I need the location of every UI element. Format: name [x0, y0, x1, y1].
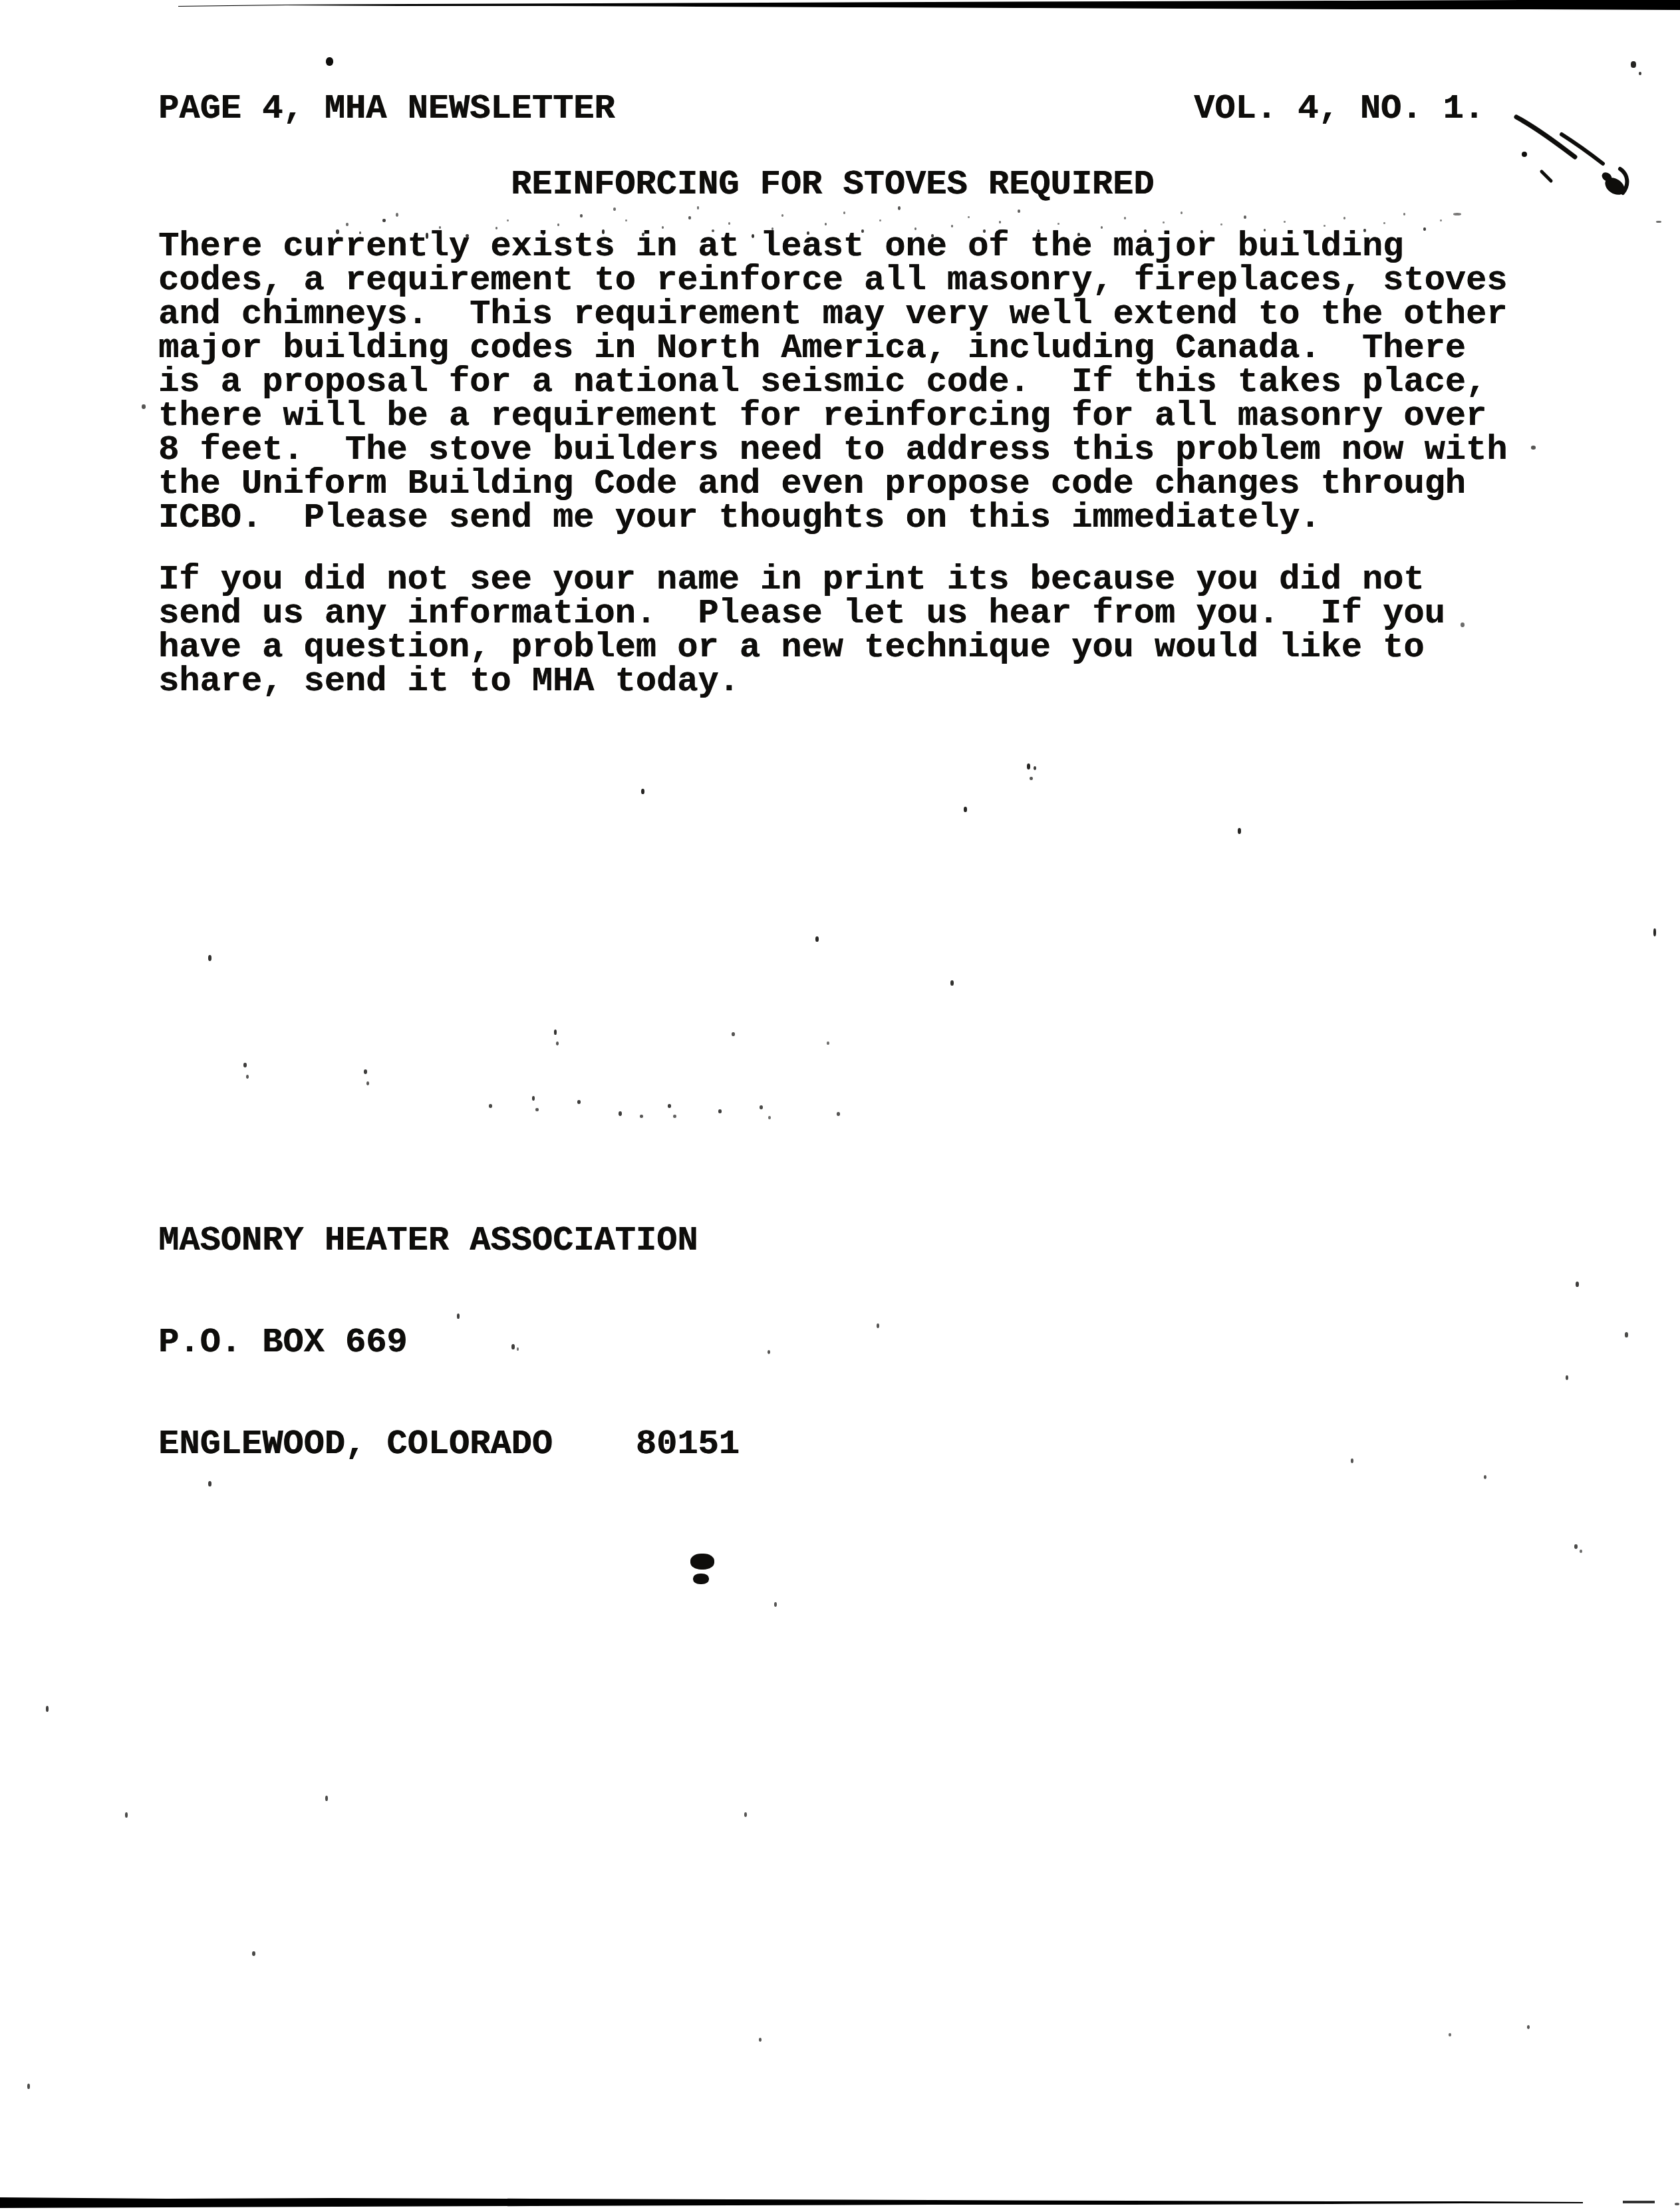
ink-speck	[879, 219, 881, 221]
ink-speck	[439, 226, 441, 229]
ink-speck	[1631, 61, 1636, 68]
ink-speck	[1527, 2025, 1530, 2029]
ink-speck	[843, 211, 845, 214]
ink-speck	[542, 231, 545, 235]
ink-speck	[1403, 213, 1405, 215]
ink-speck	[243, 1063, 247, 1067]
ink-speck	[1453, 213, 1461, 215]
ink-speck	[827, 1041, 829, 1045]
address-po-box: P.O. BOX 669	[158, 1325, 740, 1359]
ink-speck	[535, 1108, 539, 1111]
ink-speck	[359, 231, 361, 234]
ink-speck	[1423, 227, 1426, 231]
ink-speck	[1656, 221, 1661, 223]
address-city: ENGLEWOOD, COLORADO 80151	[158, 1427, 740, 1461]
ink-speck	[1484, 1475, 1486, 1479]
header-right: VOL. 4, NO. 1.	[1194, 92, 1484, 126]
ink-speck	[964, 807, 967, 812]
ink-speck	[693, 1574, 709, 1584]
ink-speck	[861, 229, 864, 233]
ink-speck	[1675, 2203, 1679, 2205]
ink-speck	[580, 214, 583, 217]
ink-speck	[532, 1096, 535, 1101]
ink-speck	[718, 1109, 722, 1113]
ink-speck	[825, 223, 827, 225]
address-org: MASONRY HEATER ASSOCIATION	[158, 1224, 740, 1258]
ink-speck	[673, 1115, 676, 1118]
ink-speck	[774, 1602, 777, 1607]
ink-speck	[1351, 1458, 1353, 1463]
ink-speck	[1566, 1375, 1568, 1380]
ink-speck	[208, 1481, 211, 1486]
ink-speck	[252, 1951, 255, 1956]
ink-speck	[457, 1313, 460, 1319]
ink-speck	[744, 1812, 747, 1817]
ink-speck	[1220, 223, 1222, 225]
ink-speck	[732, 1032, 735, 1036]
ink-speck	[1531, 446, 1536, 450]
ink-speck	[1030, 777, 1033, 780]
ink-speck	[815, 936, 819, 942]
page: PAGE 4, MHA NEWSLETTER VOL. 4, NO. 1. RE…	[0, 0, 1680, 2212]
ink-speck	[951, 225, 953, 227]
ink-speck	[999, 221, 1001, 223]
ink-speck	[554, 1030, 557, 1035]
ink-speck	[1101, 226, 1103, 229]
ink-speck	[877, 1323, 879, 1328]
ink-speck	[983, 229, 986, 233]
ink-speck	[1305, 231, 1308, 235]
ink-speck	[1576, 1282, 1579, 1287]
ink-speck	[668, 1104, 671, 1108]
ink-speck	[768, 1116, 771, 1119]
ink-speck	[1363, 229, 1366, 232]
ink-speck	[641, 789, 644, 794]
ink-speck	[326, 57, 333, 66]
ink-speck	[426, 233, 428, 239]
ink-speck	[1284, 221, 1286, 223]
ink-speck	[712, 229, 714, 232]
ink-speck	[366, 1081, 369, 1085]
ink-speck	[507, 219, 509, 221]
ink-speck	[640, 1115, 643, 1118]
ink-speck	[466, 234, 469, 237]
ink-speck	[1580, 1550, 1582, 1553]
ink-speck	[396, 213, 398, 217]
ink-speck	[325, 1796, 328, 1801]
ink-speck	[557, 223, 559, 226]
address-block: MASONRY HEATER ASSOCIATION P.O. BOX 669 …	[158, 1156, 740, 1529]
ink-speck	[1034, 766, 1036, 770]
ink-speck	[364, 1069, 367, 1074]
ink-speck	[1144, 229, 1147, 233]
ink-speck	[125, 1812, 128, 1818]
ink-speck	[577, 1100, 581, 1104]
ink-speck	[697, 206, 699, 209]
ink-speck	[1324, 225, 1326, 227]
ink-speck	[728, 222, 730, 225]
ink-speck	[950, 980, 954, 986]
ink-speck	[1625, 1332, 1628, 1337]
ink-speck	[625, 219, 627, 221]
ink-speck	[1574, 1544, 1578, 1549]
ink-speck	[1449, 2033, 1451, 2036]
ink-speck	[1027, 763, 1030, 769]
ink-speck	[807, 231, 809, 235]
ink-speck	[1200, 230, 1203, 233]
ink-speck	[382, 219, 386, 222]
ink-speck	[781, 214, 783, 217]
ink-speck	[752, 234, 754, 238]
ink-speck	[1057, 223, 1059, 225]
ink-speck	[688, 216, 691, 219]
ink-speck	[1639, 72, 1641, 75]
ink-speck	[246, 1075, 249, 1079]
ink-speck	[914, 227, 916, 230]
ink-speck	[768, 1350, 770, 1354]
ink-speck	[968, 216, 970, 218]
pen-scribble	[1490, 100, 1663, 219]
ink-speck	[1440, 219, 1442, 221]
ink-speck	[1077, 233, 1080, 236]
ink-speck	[1181, 211, 1183, 214]
ink-speck	[489, 1104, 492, 1108]
ink-speck	[1244, 215, 1246, 219]
ink-speck	[1461, 622, 1465, 627]
ink-speck	[613, 207, 616, 211]
ink-speck	[517, 1347, 519, 1351]
ink-speck	[1383, 222, 1385, 224]
ink-speck	[1264, 229, 1266, 231]
scan-edge-bottom	[0, 2193, 1680, 2212]
ink-speck	[208, 955, 211, 961]
header-left: PAGE 4, MHA NEWSLETTER	[158, 92, 615, 126]
ink-speck	[336, 229, 339, 234]
ink-speck	[1163, 221, 1165, 223]
ink-speck	[642, 233, 644, 236]
body-paragraph-2: If you did not see your name in print it…	[158, 563, 1445, 698]
ink-speck	[1018, 209, 1020, 213]
ink-speck	[602, 229, 605, 234]
ink-speck	[1653, 928, 1656, 936]
ink-speck	[662, 226, 664, 229]
ink-speck	[556, 1041, 559, 1045]
ink-speck	[619, 1111, 622, 1116]
ink-speck	[27, 2084, 30, 2089]
ink-speck	[1238, 828, 1241, 834]
ink-speck	[495, 227, 497, 229]
ink-speck	[1343, 217, 1345, 219]
ink-speck	[346, 223, 349, 226]
ink-speck	[898, 206, 901, 210]
ink-speck	[1124, 217, 1126, 219]
ink-speck	[837, 1112, 840, 1116]
ink-speck	[46, 1706, 49, 1712]
ink-speck	[1038, 229, 1040, 232]
body-paragraph-1: There currently exists in at least one o…	[158, 229, 1507, 535]
ink-speck	[511, 1344, 515, 1349]
doc-title: REINFORCING FOR STOVES REQUIRED	[511, 168, 1154, 202]
ink-speck	[142, 404, 146, 409]
ink-speck	[759, 2038, 762, 2042]
ink-speck	[931, 234, 934, 237]
ink-speck	[760, 1105, 763, 1109]
ink-speck	[771, 227, 773, 230]
ink-speck	[690, 1554, 714, 1570]
scan-edge-top	[0, 0, 1680, 15]
